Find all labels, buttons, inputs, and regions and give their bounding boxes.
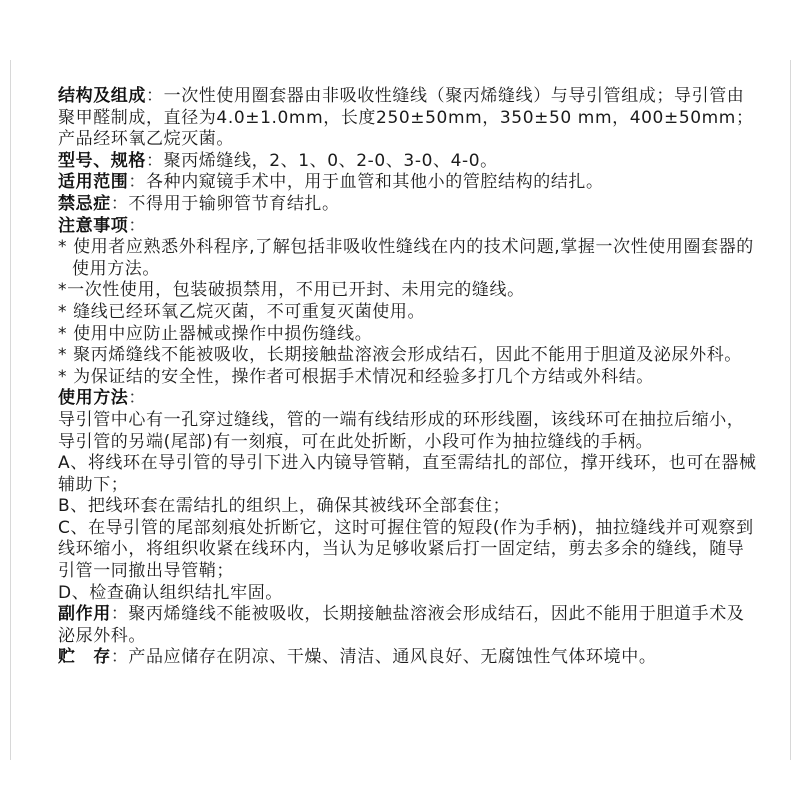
page-edge-right xyxy=(790,60,791,760)
composition-label: 结构及组成 xyxy=(58,86,146,106)
usage-label: 使用方法 xyxy=(58,388,128,408)
colon: ： xyxy=(128,172,146,192)
colon: ： xyxy=(111,194,129,214)
storage-text: 产品应储存在阴凉、干燥、清洁、通风良好、无腐蚀性气体环境中。 xyxy=(128,647,656,667)
contraindication-text: 不得用于输卵管节育结扎。 xyxy=(128,194,339,214)
side-effects-label: 副作用 xyxy=(58,604,111,624)
precautions-label: 注意事项 xyxy=(58,216,128,236)
colon: ： xyxy=(128,216,146,236)
usage-step: A、将线环在导引管的导引下进入内镜导管鞘，直至需结扎的部位，撑开线环，也可在器械… xyxy=(58,453,758,496)
precaution-item: * 为保证结的安全性，操作者可根据手术情况和经验多打几个方结或外科结。 xyxy=(58,367,758,389)
precaution-item: * 聚丙烯缝线不能被吸收，长期接触盐溶液会形成结石，因此不能用于胆道及泌尿外科。 xyxy=(58,345,758,367)
product-instructions: 结构及组成：一次性使用圈套器由非吸收性缝线（聚丙烯缝线）与导引管组成；导引管由聚… xyxy=(58,86,758,669)
section-composition: 结构及组成：一次性使用圈套器由非吸收性缝线（聚丙烯缝线）与导引管组成；导引管由聚… xyxy=(58,86,758,151)
section-scope: 适用范围：各种内窥镜手术中，用于血管和其他小的管腔结构的结扎。 xyxy=(58,172,758,194)
usage-step: C、在导引管的尾部刻痕处折断它，这时可握住管的短段(作为手柄)，抽拉缝线并可观察… xyxy=(58,518,758,583)
section-usage: 使用方法： 导引管中心有一孔穿过缝线，管的一端有线结形成的环形线圈，该线环可在抽… xyxy=(58,388,758,604)
section-side-effects: 副作用：聚丙烯缝线不能被吸收，长期接触盐溶液会形成结石，因此不能用于胆道手术及泌… xyxy=(58,604,758,647)
precaution-item: * 使用者应熟悉外科程序,了解包括非吸收性缝线在内的技术问题,掌握一次性使用圈套… xyxy=(58,237,758,280)
precaution-item: * 缝线已经环氧乙烷灭菌，不可重复灭菌使用。 xyxy=(58,302,758,324)
usage-intro: 导引管中心有一孔穿过缝线，管的一端有线结形成的环形线圈，该线环可在抽拉后缩小，导… xyxy=(58,410,758,453)
scope-label: 适用范围 xyxy=(58,172,128,192)
storage-label: 贮 存 xyxy=(58,647,111,667)
colon: ： xyxy=(111,604,129,624)
precaution-item: * 使用中应防止器械或操作中损伤缝线。 xyxy=(58,324,758,346)
contraindication-label: 禁忌症 xyxy=(58,194,111,214)
section-model-spec: 型号、规格：聚丙烯缝线，2、1、0、2-0、3-0、4-0。 xyxy=(58,151,758,173)
scope-text: 各种内窥镜手术中，用于血管和其他小的管腔结构的结扎。 xyxy=(146,172,604,192)
section-precautions: 注意事项： * 使用者应熟悉外科程序,了解包括非吸收性缝线在内的技术问题,掌握一… xyxy=(58,216,758,389)
colon: ： xyxy=(146,151,164,171)
colon: ： xyxy=(146,86,164,106)
side-effects-text: 聚丙烯缝线不能被吸收，长期接触盐溶液会形成结石，因此不能用于胆道手术及泌尿外科。 xyxy=(58,604,744,646)
colon: ： xyxy=(128,388,146,408)
model-spec-label: 型号、规格 xyxy=(58,151,146,171)
model-spec-text: 聚丙烯缝线，2、1、0、2-0、3-0、4-0。 xyxy=(164,151,498,171)
precaution-item: *一次性使用，包装破损禁用，不用已开封、未用完的缝线。 xyxy=(58,280,758,302)
section-contraindication: 禁忌症：不得用于输卵管节育结扎。 xyxy=(58,194,758,216)
page-edge-left xyxy=(10,60,11,760)
usage-step: D、检查确认组织结扎牢固。 xyxy=(58,583,758,605)
section-storage: 贮 存：产品应储存在阴凉、干燥、清洁、通风良好、无腐蚀性气体环境中。 xyxy=(58,647,758,669)
usage-step: B、把线环套在需结扎的组织上，确保其被线环全部套住； xyxy=(58,496,758,518)
colon: ： xyxy=(111,647,129,667)
